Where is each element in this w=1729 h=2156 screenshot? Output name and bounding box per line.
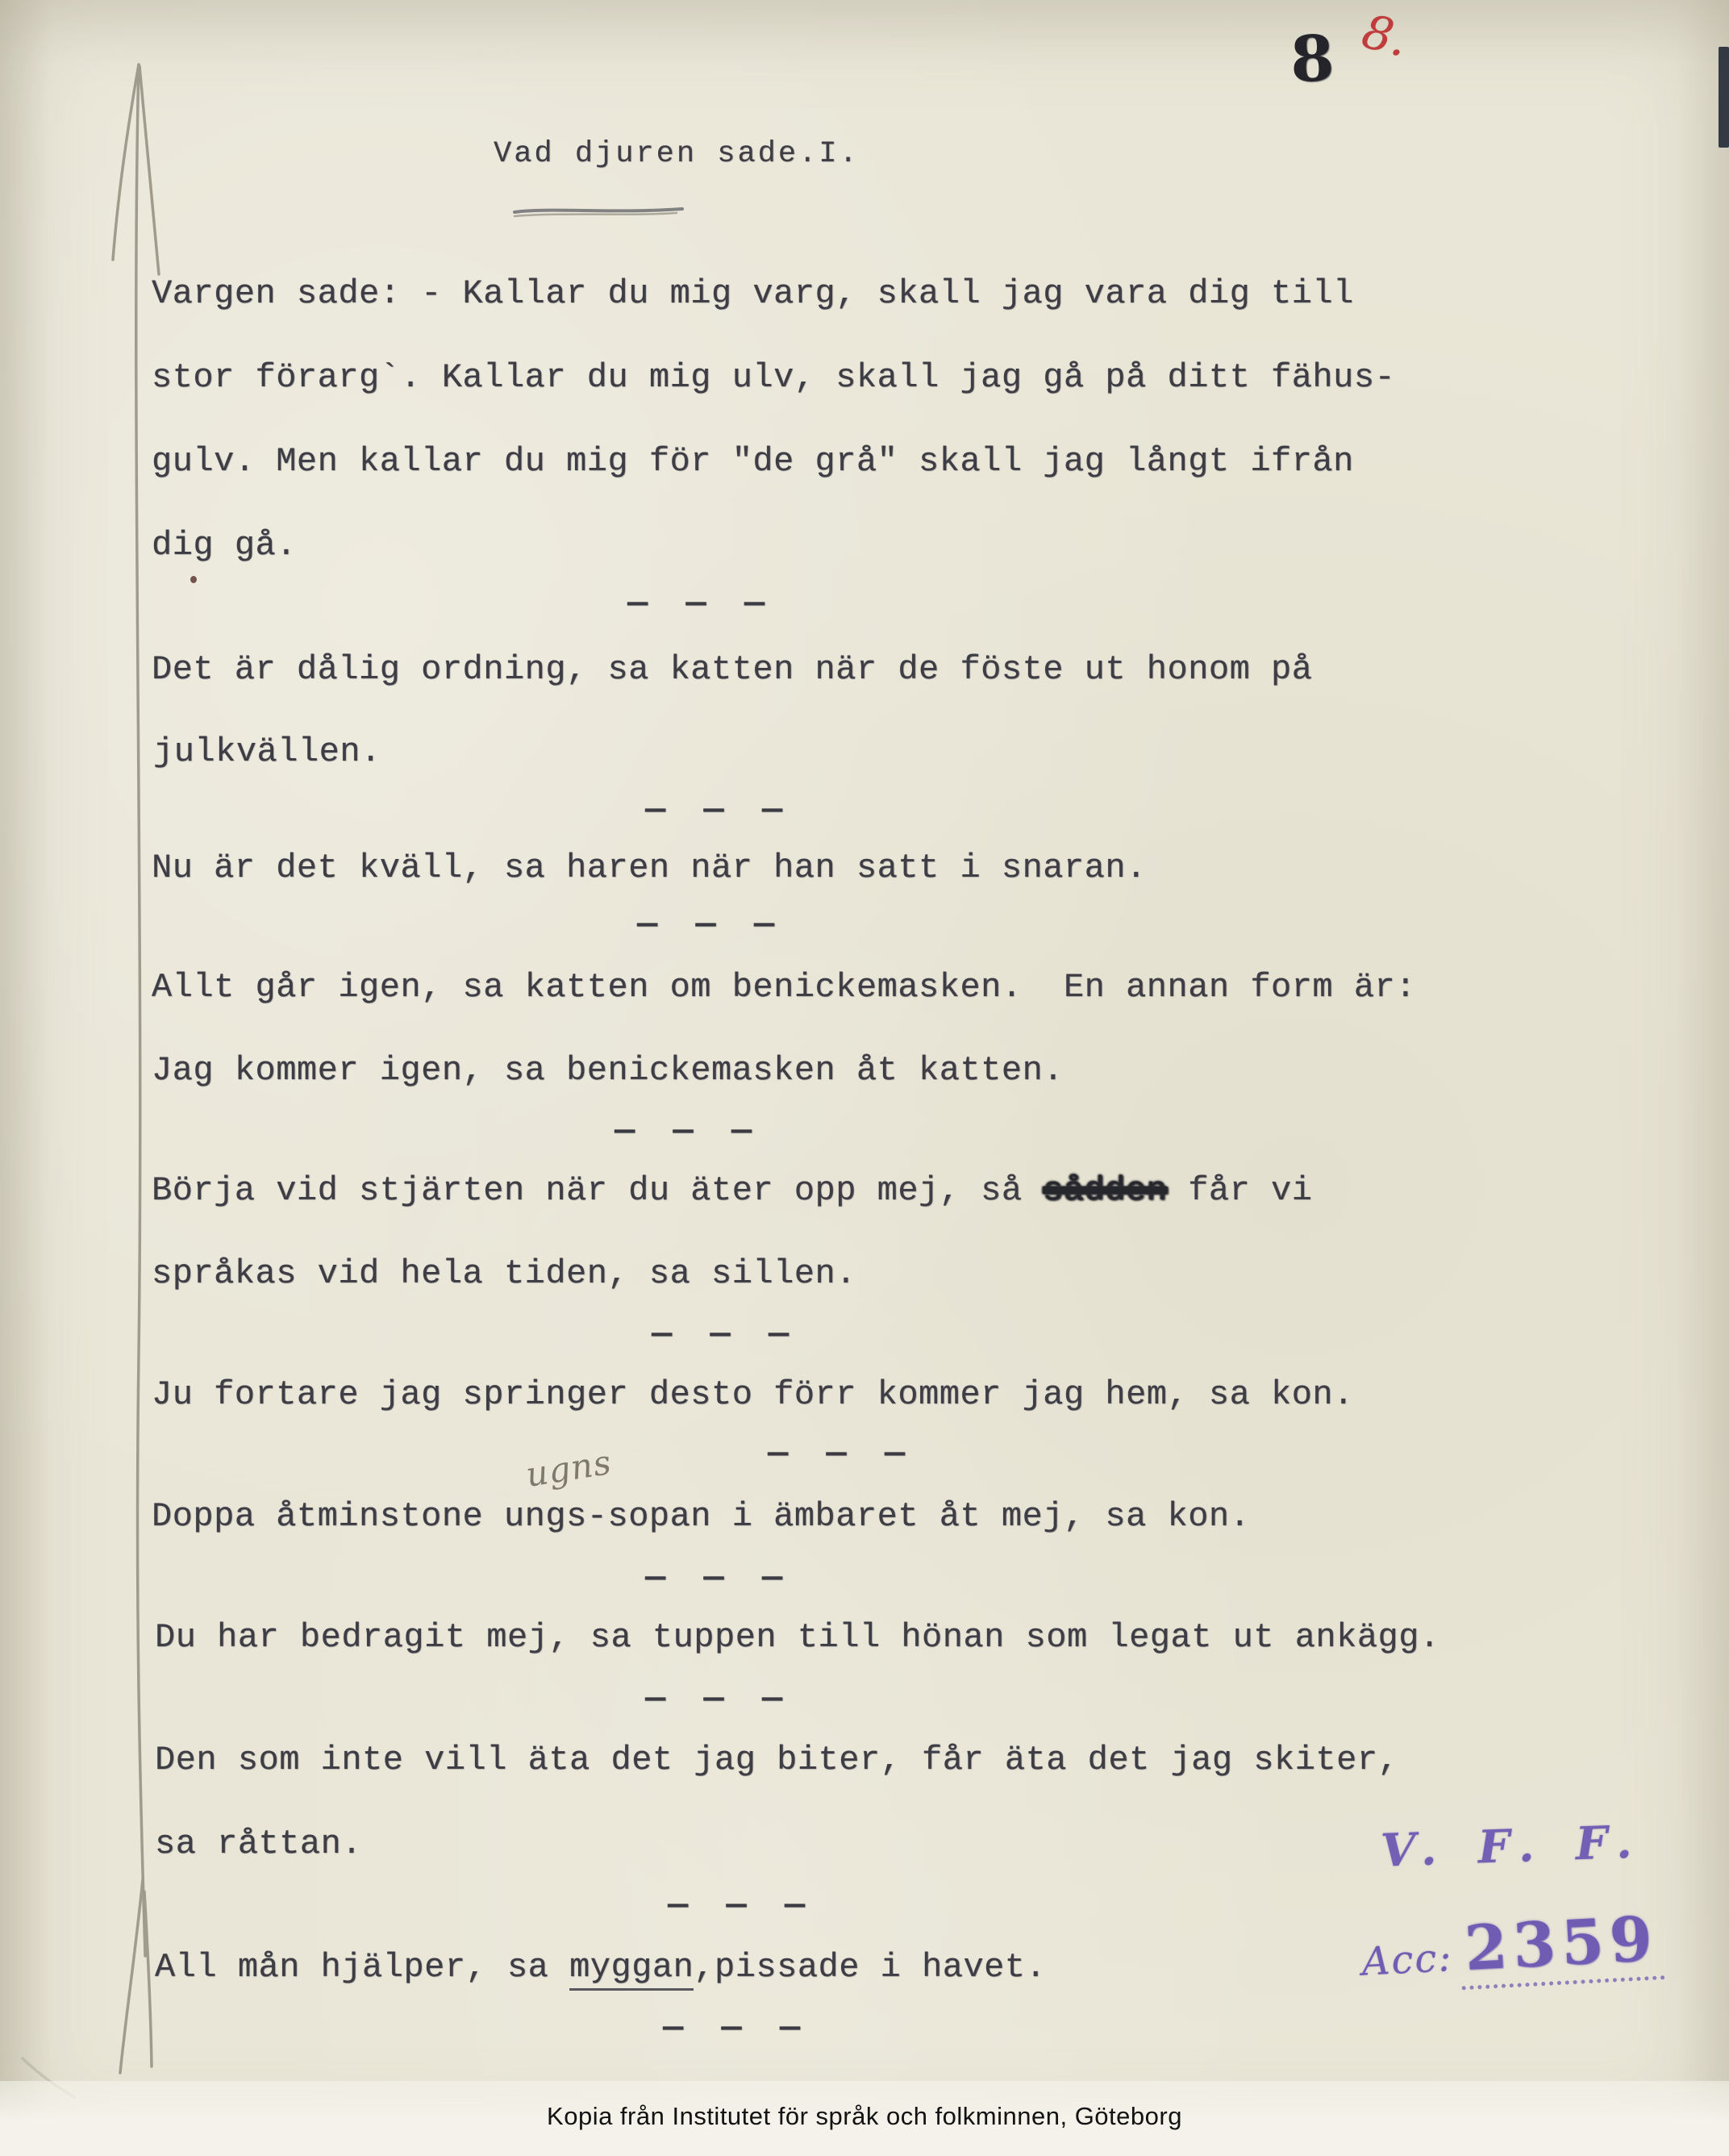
underlined-word: myggan — [569, 1948, 694, 1991]
typed-line-rat-2: sa råttan. — [155, 1824, 362, 1863]
herring-post: får vi — [1168, 1171, 1313, 1210]
title-underlined-word: djuren — [575, 137, 697, 171]
scan-footer-caption: Kopia från Institutet för språk och folk… — [0, 2102, 1729, 2131]
herring-pre: Börja vid stjärten när du äter opp mej, … — [152, 1171, 1043, 1210]
section-separator: — — — — [645, 1558, 791, 1597]
typed-line-rat-1: Den som inte vill äta det jag biter, får… — [155, 1741, 1398, 1779]
scanned-typewritten-page: 8 8. Vad djuren sade.I. Vargen sade: - K… — [0, 0, 1729, 2156]
typed-line-cat-worm-1: Allt går igen, sa katten om benickemaske… — [152, 968, 1416, 1007]
section-separator: — — — — [668, 1886, 814, 1925]
section-separator: — — — — [645, 1679, 791, 1718]
typed-line-wolf-3: gulv. Men kallar du mig för "de grå" ska… — [152, 442, 1354, 481]
typed-line-mosquito: All mån hjälper, sa myggan,pissade i hav… — [155, 1948, 1046, 1987]
accession-number: 2359 — [1458, 1902, 1664, 1990]
typed-line-cat-christmas-2: julkvällen. — [153, 732, 381, 771]
title-underline — [511, 205, 697, 221]
section-separator: — — — — [645, 790, 791, 829]
struck-out-word: sådden — [1043, 1171, 1167, 1210]
typed-line-wolf-4: dig gå. — [152, 526, 297, 565]
section-separator: — — — — [615, 1111, 760, 1150]
typed-line-herring-1: Börja vid stjärten när du äter opp mej, … — [152, 1171, 1312, 1210]
typed-line-cow-1: Ju fortare jag springer desto förr komme… — [152, 1375, 1354, 1414]
section-separator: — — — — [663, 2008, 809, 2047]
pencil-annotation: ugns — [523, 1442, 615, 1495]
scan-edge-artifact — [1719, 47, 1729, 148]
title-pre: Vad — [494, 137, 575, 171]
typed-line-rooster: Du har bedragit mej, sa tuppen till höna… — [155, 1618, 1440, 1657]
section-separator: — — — — [627, 584, 773, 623]
ink-speck — [190, 576, 197, 583]
typed-line-hare: Nu är det kväll, sa haren när han satt i… — [152, 849, 1147, 887]
typed-page-number: 8 — [1289, 22, 1335, 97]
accession-stamp: Acc: 2359 — [1360, 1902, 1664, 1989]
typed-line-herring-2: språkas vid hela tiden, sa sillen. — [152, 1254, 856, 1293]
mosquito-pre: All mån hjälper, sa — [155, 1948, 569, 1987]
section-separator: — — — — [768, 1434, 914, 1473]
typed-line-cat-worm-2: Jag kommer igen, sa benickemasken åt kat… — [152, 1051, 1064, 1090]
section-separator: — — — — [652, 1315, 798, 1353]
scan-footer-strip: Kopia från Institutet för språk och folk… — [0, 2081, 1729, 2156]
vff-stamp: V. F. F. — [1380, 1815, 1645, 1877]
title-post: sade.I. — [697, 137, 860, 171]
typed-line-cow-2: Doppa åtminstone ungs-sopan i ämbaret åt… — [152, 1497, 1250, 1536]
typed-line-wolf-2: stor förarg`. Kallar du mig ulv, skall j… — [152, 358, 1395, 397]
typed-line-cat-christmas-1: Det är dålig ordning, sa katten när de f… — [152, 650, 1312, 689]
typed-line-wolf-1: Vargen sade: - Kallar du mig varg, skall… — [152, 274, 1354, 313]
section-separator: — — — — [637, 905, 783, 944]
mosquito-post: ,pissade i havet. — [694, 1948, 1046, 1987]
page-title: Vad djuren sade.I. — [494, 137, 860, 171]
accession-label: Acc: — [1360, 1935, 1453, 1985]
handwritten-page-number-red: 8. — [1357, 3, 1414, 67]
